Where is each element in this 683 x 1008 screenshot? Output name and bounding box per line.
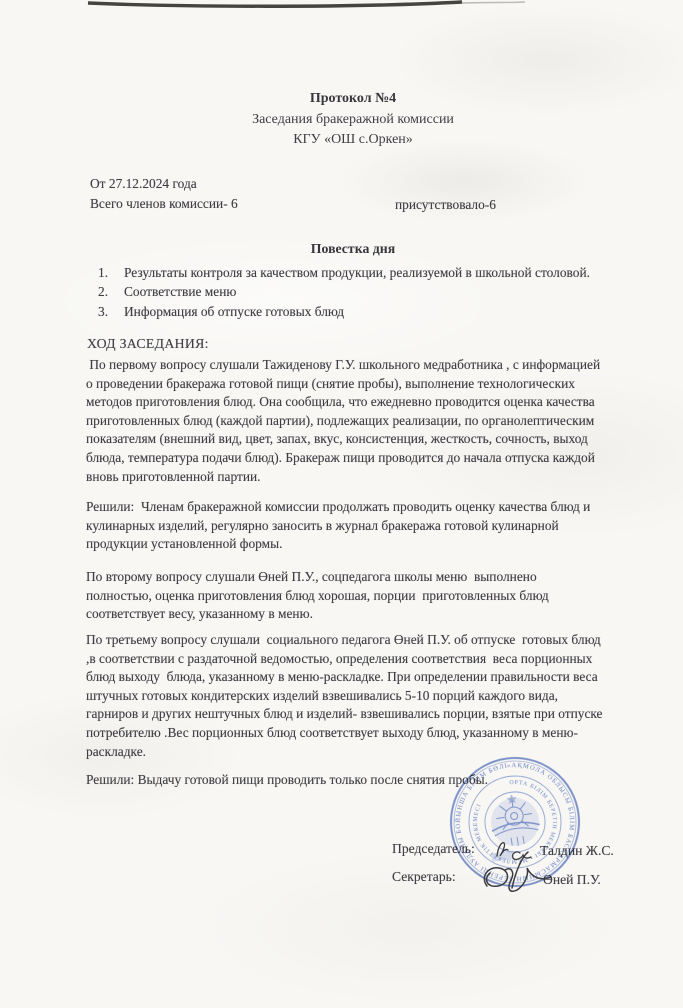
commission-members-count: Всего членов комиссии- 6 — [90, 195, 238, 214]
agenda-list: 1.Результаты контроля за качеством проду… — [98, 263, 590, 321]
document-header: Протокол №4 Заседания бракеражной комисс… — [78, 89, 628, 151]
scan-top-edge-shadow — [88, 2, 462, 6]
official-round-stamp: «АҚМОЛА ОБЛЫСЫ БІЛІМ БАСҚАРМАСЫНЫҢ ЗЕРЕН… — [425, 732, 606, 913]
present-count: присутствовало-6 — [395, 196, 496, 215]
document-title: Протокол №4 — [78, 89, 628, 110]
agenda-item-text: Результаты контроля за качеством продукц… — [124, 265, 590, 280]
agenda-item-text: Информация об отпуске готовых блюд — [124, 304, 344, 319]
organization-name: КГУ «ОШ с.Оркен» — [78, 130, 628, 151]
document-subtitle: Заседания бракеражной комиссии — [78, 110, 628, 131]
paragraph-question1: По первому вопросу слушали Тажиденову Г.… — [86, 356, 600, 486]
proceedings-heading: ХОД ЗАСЕДАНИЯ: — [87, 335, 209, 354]
scan-top-edge-shadow-faint — [462, 2, 525, 3]
paragraph-decision1: Решили: Членам бракеражной комиссии прод… — [86, 498, 590, 554]
paragraph-question2: По второму вопросу слушали Өней П.У., со… — [86, 568, 549, 624]
agenda-item: 3.Информация об отпуске готовых блюд — [98, 302, 590, 321]
agenda-item: 2.Соответствие меню — [98, 282, 590, 301]
scanned-protocol-page: Протокол №4 Заседания бракеражной комисс… — [0, 0, 683, 1008]
agenda-item-number: 3. — [98, 302, 124, 321]
agenda-item-text: Соответствие меню — [124, 284, 236, 299]
protocol-date: От 27.12.2024 года — [90, 175, 197, 194]
agenda-item-number: 1. — [98, 263, 124, 282]
agenda-item: 1.Результаты контроля за качеством проду… — [98, 263, 590, 282]
agenda-item-number: 2. — [98, 282, 124, 301]
agenda-title: Повестка дня — [78, 241, 628, 257]
